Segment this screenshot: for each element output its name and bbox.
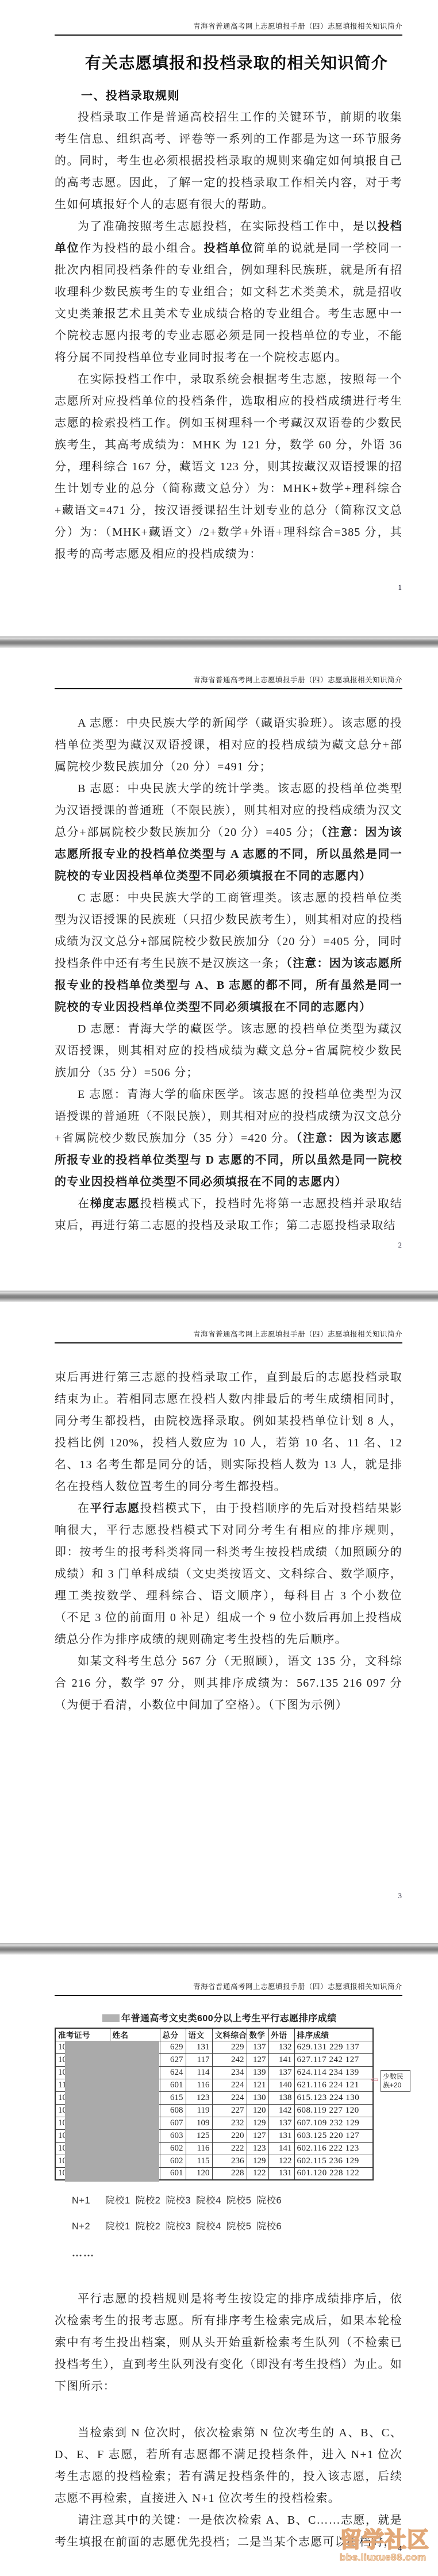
- paragraph: 在实际投档工作中，录取系统会根据考生志愿，按照每一个志愿所对应投档单位的投档条件…: [55, 368, 402, 565]
- table-cell: 117: [186, 2053, 212, 2066]
- table-cell: 123: [186, 2091, 212, 2104]
- table-cell: 121: [247, 2079, 268, 2091]
- annotation-line1: 少数民: [383, 2072, 408, 2081]
- table-cell: 629: [160, 2041, 186, 2053]
- page-number: 1: [398, 583, 402, 592]
- page-separator: [0, 1943, 438, 1955]
- doc-header: 青海省普通高考网上志愿填报手册（四）志愿填报相关知识简介: [55, 1955, 402, 1996]
- text-run: 在: [78, 1197, 90, 1210]
- table-cell: 224: [212, 2079, 247, 2091]
- table-cell: 603.125 220 127: [294, 2129, 373, 2142]
- column-header: 外语: [268, 2028, 294, 2041]
- body-text: 平行志愿的投档规则是将考生按设定的排序成绩排序后，依次检索考生的报考志愿。所有排…: [55, 2288, 402, 2553]
- table-title-text: 年普通高考文史类600分以上考生平行志愿排序成绩: [121, 2014, 337, 2024]
- paragraph: 在梯度志愿投档模式下，投档时先将第一志愿投档并录取结束后，再进行第二志愿的投档及…: [55, 1193, 402, 1237]
- body-text: 束后再进行第三志愿的投档录取工作，直到最后的志愿投档录取结束为止。若相同志愿在投…: [55, 1366, 402, 1716]
- table-cell: 601: [160, 2167, 186, 2180]
- queue-ellipsis: ……: [55, 2247, 402, 2259]
- table-cell: 120: [247, 2104, 268, 2117]
- bold-text-run: 梯度志愿: [90, 1197, 140, 1210]
- table-cell: 615.123 224 130: [294, 2091, 373, 2104]
- queue-college: 院校3: [166, 2221, 191, 2232]
- score-table-block: 准考证号姓名总分语文文科综合数学外语排序成绩 10862913122913713…: [55, 2028, 402, 2180]
- table-header-row: 准考证号姓名总分语文文科综合数学外语排序成绩: [55, 2028, 373, 2041]
- table-cell: 142: [268, 2104, 294, 2117]
- annotation-note: 少数民 族+20: [381, 2070, 410, 2092]
- table-cell: 608: [160, 2104, 186, 2117]
- paragraph: C 志愿：中央民族大学的工商管理类。该志愿的投档单位类型为汉语授课的民族班（只招…: [55, 887, 402, 1018]
- paragraph: 如某文科考生总分 567 分（无照顾），语文 135 分，文科综合 216 分，…: [55, 1650, 402, 1716]
- text-run: 简单的说就是同一学校同一批次内相同投档条件的专业组合，例如理科民族班，就是所有招…: [55, 242, 402, 364]
- table-cell: 607.109 232 129: [294, 2117, 373, 2129]
- table-cell: 624.114 234 139: [294, 2066, 373, 2079]
- column-header: 准考证号: [55, 2028, 110, 2041]
- queue-college: 院校4: [196, 2195, 221, 2206]
- column-header: 文科综合: [212, 2028, 247, 2041]
- body-text: 投档录取工作是普通高校招生工作的关键环节，前期的收集考生信息、组织高考、评卷等一…: [55, 106, 402, 565]
- table-cell: 602: [160, 2142, 186, 2155]
- doc-title: 有关志愿填报和投档录取的相关知识简介: [55, 51, 402, 74]
- table-cell: 602: [160, 2155, 186, 2167]
- table-cell: 123: [247, 2142, 268, 2155]
- table-cell: 242: [212, 2053, 247, 2066]
- watermark: 留学社区 bbs.liuxue86.com: [340, 2529, 429, 2563]
- table-cell: 627: [160, 2053, 186, 2066]
- table-cell: 137: [268, 2117, 294, 2129]
- table-cell: 115: [186, 2155, 212, 2167]
- doc-header: 青海省普通高考网上志愿填报手册（四）志愿填报相关知识简介: [55, 0, 402, 36]
- page-3: 青海省普通高考网上志愿填报手册（四）志愿填报相关知识简介 束后再进行第三志愿的投…: [0, 1302, 438, 1943]
- table-cell: 607: [160, 2117, 186, 2129]
- watermark-logo: 留学社区: [340, 2529, 429, 2552]
- table-cell: 220: [212, 2129, 247, 2142]
- annotation-line2: 族+20: [383, 2081, 408, 2090]
- body-text: A 志愿：中央民族大学的新闻学（藏语实验班）。该志愿的投档单位类型为藏汉双语授课…: [55, 712, 402, 1237]
- column-header: 数学: [247, 2028, 268, 2041]
- table-cell: 627.117 242 127: [294, 2053, 373, 2066]
- table-cell: 227: [212, 2104, 247, 2117]
- table-cell: 127: [247, 2129, 268, 2142]
- text-run: 平行志愿的投档规则是将考生按设定的排序成绩排序后，依次检索考生的报考志愿。所有排…: [55, 2293, 402, 2393]
- section-heading: 一、投档录取规则: [55, 86, 402, 103]
- table-cell: 236: [212, 2155, 247, 2167]
- table-cell: 139: [247, 2066, 268, 2079]
- column-header: 姓名: [110, 2028, 160, 2041]
- text-run: 在实际投档工作中，录取系统会根据考生志愿，按照每一个志愿所对应投档单位的投档条件…: [55, 373, 402, 560]
- paragraph: 投档录取工作是普通高校招生工作的关键环节，前期的收集考生信息、组织高考、评卷等一…: [55, 106, 402, 216]
- table-cell: 228: [212, 2167, 247, 2180]
- table-cell: 109: [186, 2117, 212, 2129]
- table-cell: 129: [247, 2155, 268, 2167]
- queue-college: 院校2: [136, 2221, 161, 2232]
- queue-college: 院校1: [105, 2221, 130, 2232]
- text-run: A 志愿：中央民族大学的新闻学（藏语实验班）。该志愿的投档单位类型为藏汉双语授课…: [55, 717, 402, 773]
- column-header: 总分: [160, 2028, 186, 2041]
- paragraph: E 志愿：青海大学的临床医学。该志愿的投档单位类型为汉语授课的普通班（不限民族）…: [55, 1084, 402, 1193]
- watermark-site: bbs.liuxue86.com: [340, 2552, 429, 2563]
- text-run: 投档录取工作是普通高校招生工作的关键环节，前期的收集考生信息、组织高考、评卷等一…: [55, 111, 402, 211]
- table-cell: 601: [160, 2079, 186, 2091]
- table-cell: 234: [212, 2066, 247, 2079]
- name-redaction: [65, 2041, 159, 2182]
- table-cell: 601.120 228 122: [294, 2167, 373, 2180]
- table-cell: 116: [186, 2079, 212, 2091]
- queue-college: 院校5: [226, 2221, 252, 2232]
- queue-row: N+2院校1院校2院校3院校4院校5院校6: [55, 2218, 402, 2232]
- paragraph: 在平行志愿投档模式下，由于投档顺序的先后对投档结果影响很大，平行志愿投档模式下对…: [55, 1498, 402, 1650]
- text-run: D 志愿：青海大学的藏医学。该志愿的投档单位类型为藏汉双语授课，则其相对应的投档…: [55, 1023, 402, 1079]
- table-cell: 132: [268, 2041, 294, 2053]
- table-cell: 224: [212, 2091, 247, 2104]
- table-cell: 603: [160, 2129, 186, 2142]
- column-header: 排序成绩: [294, 2028, 373, 2041]
- text-run: 束后再进行第三志愿的投档录取工作，直到最后的志愿投档录取结束为止。若相同志愿在投…: [55, 1371, 402, 1493]
- table-cell: 131: [268, 2129, 294, 2142]
- table-cell: 119: [186, 2104, 212, 2117]
- table-cell: 125: [186, 2129, 212, 2142]
- table-cell: 114: [186, 2066, 212, 2079]
- queue-college: 院校2: [136, 2195, 161, 2206]
- table-cell: 141: [268, 2142, 294, 2155]
- page-1: 青海省普通高考网上志愿填报手册（四）志愿填报相关知识简介 有关志愿填报和投档录取…: [0, 0, 438, 636]
- table-cell: 141: [268, 2053, 294, 2066]
- table-cell: 602.116 222 123: [294, 2142, 373, 2155]
- table-cell: 127: [247, 2053, 268, 2066]
- bold-text-run: 投档单位: [203, 242, 253, 255]
- table-title: 年普通高考文史类600分以上考生平行志愿排序成绩: [55, 2011, 402, 2024]
- queue-college: 院校1: [105, 2195, 130, 2206]
- table-cell: 138: [268, 2091, 294, 2104]
- table-cell: 232: [212, 2117, 247, 2129]
- queue-college: 院校3: [166, 2195, 191, 2206]
- table-cell: 129: [247, 2117, 268, 2129]
- paragraph: D 志愿：青海大学的藏医学。该志愿的投档单位类型为藏汉双语授课，则其相对应的投档…: [55, 1018, 402, 1084]
- paragraph: 束后再进行第三志愿的投档录取工作，直到最后的志愿投档录取结束为止。若相同志愿在投…: [55, 1366, 402, 1498]
- table-cell: 131: [268, 2167, 294, 2180]
- paragraph: B 志愿：中央民族大学的统计学类。该志愿的投档单位类型为汉语授课的普通班（不限民…: [55, 778, 402, 887]
- table-cell: 122: [268, 2155, 294, 2167]
- table-cell: 122: [247, 2167, 268, 2180]
- paragraph: 当检索到 N 位次时，依次检索第 N 位次考生的 A、B、C、D、E、F 志愿，…: [55, 2422, 402, 2509]
- doc-header: 青海省普通高考网上志愿填报手册（四）志愿填报相关知识简介: [55, 1302, 402, 1343]
- queue-rank-label: N+1: [72, 2195, 105, 2206]
- text-run: 当检索到 N 位次时，依次检索第 N 位次考生的 A、B、C、D、E、F 志愿，…: [55, 2427, 402, 2505]
- queue-college: 院校4: [196, 2221, 221, 2232]
- table-cell: 624: [160, 2066, 186, 2079]
- table-cell: 131: [186, 2041, 212, 2053]
- queue-college: 院校6: [256, 2221, 282, 2232]
- table-cell: 602.115 236 129: [294, 2155, 373, 2167]
- paragraph: A 志愿：中央民族大学的新闻学（藏语实验班）。该志愿的投档单位类型为藏汉双语授课…: [55, 712, 402, 778]
- page-separator: [0, 636, 438, 648]
- table-cell: 137: [268, 2066, 294, 2079]
- table-cell: 229: [212, 2041, 247, 2053]
- table-cell: 615: [160, 2091, 186, 2104]
- page-number: 4: [398, 2544, 402, 2553]
- queue-college: 院校6: [256, 2195, 282, 2206]
- doc-header: 青海省普通高考网上志愿填报手册（四）志愿填报相关知识简介: [55, 648, 402, 689]
- text-run: 在: [78, 1502, 90, 1515]
- bold-text-run: 平行志愿: [90, 1502, 140, 1515]
- page-number: 2: [398, 1241, 402, 1250]
- text-run: 如某文科考生总分 567 分（无照顾），语文 135 分，文科综合 216 分，…: [55, 1655, 402, 1711]
- table-cell: 621.116 224 121: [294, 2079, 373, 2091]
- column-header: 语文: [186, 2028, 212, 2041]
- page-4: 青海省普通高考网上志愿填报手册（四）志愿填报相关知识简介 年普通高考文史类600…: [0, 1955, 438, 2576]
- queue-rank-label: N+2: [72, 2221, 105, 2232]
- college-queue: N+1院校1院校2院校3院校4院校5院校6N+2院校1院校2院校3院校4院校5院…: [55, 2193, 402, 2232]
- table-cell: 222: [212, 2142, 247, 2155]
- page-2: 青海省普通高考网上志愿填报手册（四）志愿填报相关知识简介 A 志愿：中央民族大学…: [0, 648, 438, 1291]
- paragraph: 平行志愿的投档规则是将考生按设定的排序成绩排序后，依次检索考生的报考志愿。所有排…: [55, 2288, 402, 2397]
- text-run: 作为投档的最小组合。: [79, 242, 203, 255]
- paragraph: 为了准确按照考生志愿投档，在实际投档工作中，是以投档单位作为投档的最小组合。投档…: [55, 216, 402, 368]
- annotation-arrow-icon: ⇦: [371, 2076, 378, 2085]
- queue-college: 院校5: [226, 2195, 252, 2206]
- page-number: 3: [398, 1891, 402, 1901]
- table-cell: 140: [268, 2079, 294, 2091]
- table-cell: 116: [186, 2142, 212, 2155]
- table-cell: 629.131 229 137: [294, 2041, 373, 2053]
- table-cell: 137: [247, 2041, 268, 2053]
- table-cell: 120: [186, 2167, 212, 2180]
- text-run: 投档模式下，由于投档顺序的先后对投档结果影响很大，平行志愿投档模式下对同分考生有…: [55, 1502, 402, 1646]
- table-cell: 130: [247, 2091, 268, 2104]
- page-separator: [0, 1291, 438, 1302]
- queue-row: N+1院校1院校2院校3院校4院校5院校6: [55, 2193, 402, 2206]
- table-cell: 608.119 227 120: [294, 2104, 373, 2117]
- text-run: 为了准确按照考生志愿投档，在实际投档工作中，是以: [78, 220, 378, 233]
- year-redaction: [102, 2014, 120, 2022]
